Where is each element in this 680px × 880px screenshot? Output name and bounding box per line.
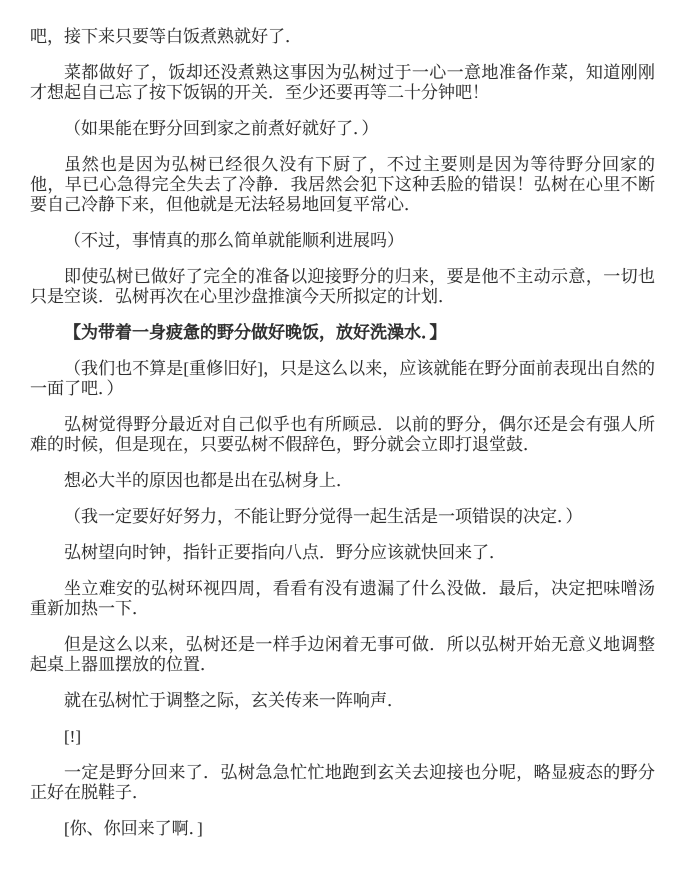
document-page: 吧，接下来只要等白饭煮熟就好了．菜都做好了，饭却还没煮熟这事因为弘树过于一心一意… [0,0,680,880]
paragraph: 菜都做好了，饭却还没煮熟这事因为弘树过于一心一意地准备作菜，知道刚刚才想起自己忘… [30,63,655,103]
paragraph: 弘树望向时钟，指针正要指向八点．野分应该就快回来了． [30,543,655,563]
paragraph: 弘树觉得野分最近对自己似乎也有所顾忌．以前的野分，偶尔还是会有强人所难的时候，但… [30,415,655,455]
story-text: 吧，接下来只要等白饭煮熟就好了．菜都做好了，饭却还没煮熟这事因为弘树过于一心一意… [30,27,655,839]
paragraph: （我一定要好好努力，不能让野分觉得一起生活是一项错误的决定．） [30,507,655,527]
paragraph: 想必大半的原因也都是出在弘树身上． [30,471,655,491]
paragraph: 吧，接下来只要等白饭煮熟就好了． [30,27,655,47]
paragraph: [你、你回来了啊．] [30,819,655,839]
paragraph: 一定是野分回来了．弘树急急忙忙地跑到玄关去迎接也分呢，略显疲态的野分正好在脱鞋子… [30,763,655,803]
paragraph: 就在弘树忙于调整之际，玄关传来一阵响声． [30,691,655,711]
paragraph: 但是这么以来，弘树还是一样手边闲着无事可做．所以弘树开始无意义地调整起桌上器皿摆… [30,635,655,675]
paragraph: 【为带着一身疲惫的野分做好晚饭，放好洗澡水．】 [30,323,655,343]
paragraph: （如果能在野分回到家之前煮好就好了．） [30,119,655,139]
paragraph: （我们也不算是[重修旧好]，只是这么以来，应该就能在野分面前表现出自然的一面了吧… [30,359,655,399]
paragraph: 坐立难安的弘树环视四周，看看有没有遗漏了什么没做．最后，决定把味噌汤重新加热一下… [30,579,655,619]
paragraph: （不过，事情真的那么简单就能顺利进展吗） [30,231,655,251]
paragraph: [!] [30,727,655,747]
paragraph: 即使弘树已做好了完全的准备以迎接野分的归来，要是他不主动示意，一切也只是空谈．弘… [30,267,655,307]
paragraph: 虽然也是因为弘树已经很久没有下厨了，不过主要则是因为等待野分回家的他，早已心急得… [30,155,655,215]
